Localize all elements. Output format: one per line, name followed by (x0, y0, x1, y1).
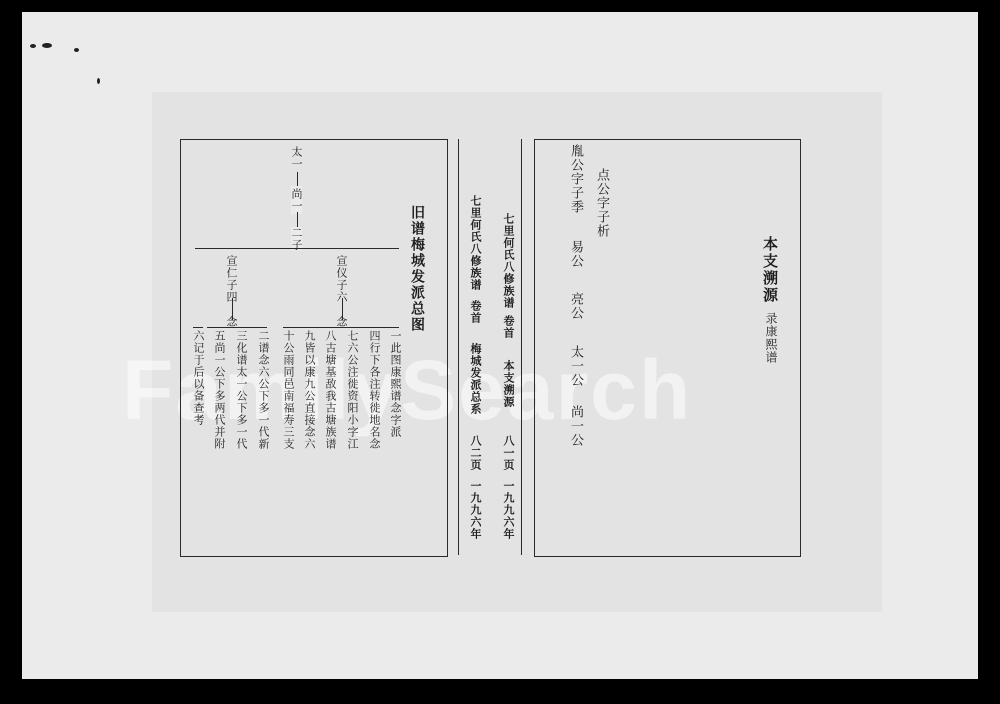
spine-right-section: 本支溯源 (503, 360, 514, 408)
note-column: 一此图康熙谱念字派 (390, 330, 401, 438)
right-page-title: 本支溯源 (762, 236, 777, 304)
tree-gen2-label: 尚一 (291, 186, 302, 214)
note-column: 八古塘基敌我古塘族谱 (325, 330, 336, 450)
note-column: 六记于后以备查考 (193, 330, 204, 426)
tree-branch-line (207, 327, 267, 328)
spine-left-book: 七里何氏八修族谱 (470, 195, 481, 291)
spine-left-volume: 卷首 (470, 300, 481, 324)
lineage-entry: 易公 (569, 240, 582, 268)
spine-left-section: 梅城发派总系 (470, 343, 481, 415)
lineage-entry: 尚一公 (569, 405, 582, 447)
spine-left-year: 一九九六年 (470, 480, 481, 540)
note-column: 三化谱太一公下多一代 (236, 330, 247, 450)
branch-right-label: 宣仪子六 (336, 255, 347, 303)
tree-branch-line (193, 327, 203, 328)
spine-right-page: 八一页 (503, 435, 514, 471)
branch-left-label: 宣仁子四 (226, 255, 237, 303)
tree-root: 太一 (291, 146, 302, 170)
dust-speck (97, 78, 100, 84)
dust-speck (74, 48, 79, 52)
right-page-subtitle: 录康熙谱 (765, 312, 777, 364)
tree-branch-line (283, 327, 399, 328)
note-column: 四行下各注转徙地名念 (369, 330, 380, 450)
left-page-title: 旧谱梅城发派总图 (410, 205, 424, 333)
dust-speck (42, 43, 52, 48)
spine-right-book: 七里何氏八修族谱 (503, 213, 514, 309)
note-column: 五尚一公下多两代并附 (214, 330, 225, 450)
side-note: 点公字子析 (595, 168, 608, 238)
spine-right-year: 一九九六年 (503, 480, 514, 540)
dust-speck (30, 44, 36, 48)
spine-right-volume: 卷首 (503, 315, 514, 339)
spine-border-right (521, 139, 522, 555)
note-column: 十公雨同邑南福寿三支 (283, 330, 294, 450)
lineage-entry: 亮公 (569, 292, 582, 320)
tree-branch-line (195, 248, 399, 249)
note-column: 七六公注徙资阳小字江 (347, 330, 358, 450)
lineage-entry: 太一公 (569, 345, 582, 387)
note-column: 二谱念六公下多一代新 (258, 330, 269, 450)
scanned-sheet: FamilySearch (22, 12, 978, 679)
spine-border-left (458, 139, 459, 555)
spine-left-page: 八二页 (470, 435, 481, 471)
lineage-entry: 胤公字子季 (569, 144, 582, 214)
note-column: 九皆以康九公直接念六 (304, 330, 315, 450)
